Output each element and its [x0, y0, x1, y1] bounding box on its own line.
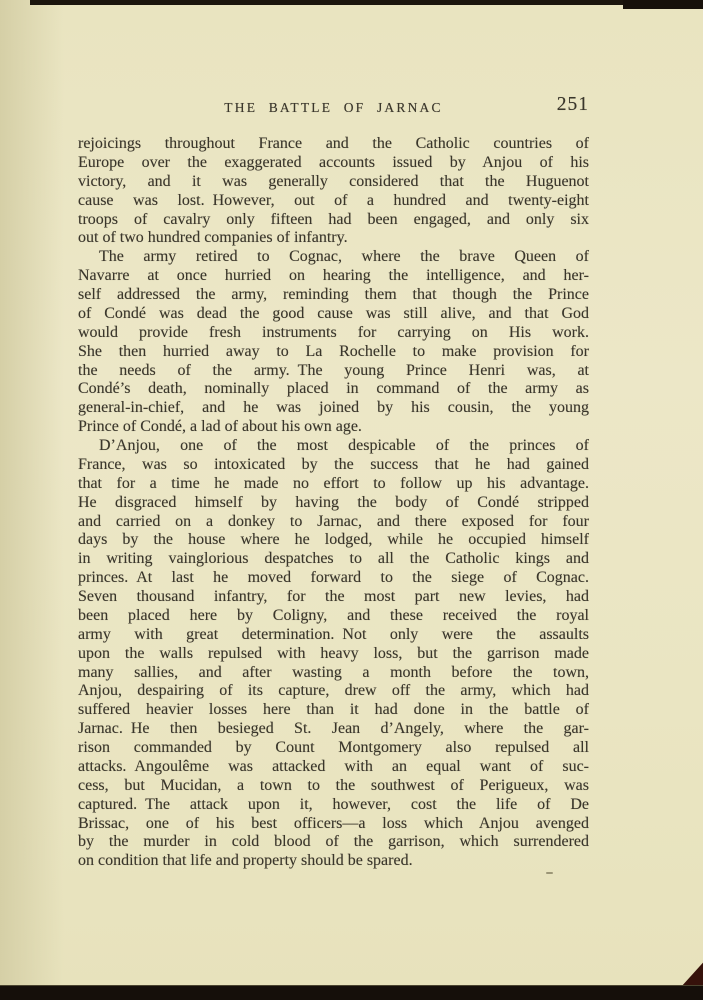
text-line: upon the walls repulsed with heavy loss,… — [78, 645, 589, 664]
text-line: the needs of the army. The young Prince … — [78, 362, 589, 381]
text-line: attacks. Angoulême was attacked with an … — [78, 758, 589, 777]
text-line: rison commanded by Count Montgomery also… — [78, 739, 589, 758]
text-line: France, was so intoxicated by the succes… — [78, 456, 589, 475]
text-line: Jarnac. He then besieged St. Jean d’Ange… — [78, 720, 589, 739]
text-line: general-in-chief, and he was joined by h… — [78, 399, 589, 418]
text-line: Europe over the exaggerated accounts iss… — [78, 154, 589, 173]
text-line: Prince of Condé, a lad of about his own … — [78, 418, 589, 437]
text-line: that for a time he made no effort to fol… — [78, 475, 589, 494]
page-number: 251 — [557, 94, 589, 116]
text-line: captured. The attack upon it, however, c… — [78, 796, 589, 815]
paragraph: D’Anjou, one of the most despicable of t… — [78, 437, 589, 871]
text-line: Navarre at once hurried on hearing the i… — [78, 267, 589, 286]
paragraph: rejoicings throughout France and the Cat… — [78, 135, 589, 248]
page-gutter-shadow — [0, 0, 64, 985]
text-line: many sallies, and after wasting a month … — [78, 664, 589, 683]
text-line: self addressed the army, reminding them … — [78, 286, 589, 305]
text-line: on condition that life and property shou… — [78, 852, 589, 871]
text-line: He disgraced himself by having the body … — [78, 494, 589, 513]
text-line: The army retired to Cognac, where the br… — [78, 248, 589, 267]
text-line: by the murder in cold blood of the garri… — [78, 833, 589, 852]
text-line: She then hurried away to La Rochelle to … — [78, 343, 589, 362]
running-title: THE BATTLE OF JARNAC — [78, 100, 589, 116]
text-line: Anjou, despairing of its capture, drew o… — [78, 682, 589, 701]
text-line: rejoicings throughout France and the Cat… — [78, 135, 589, 154]
scanned-book-page: THE BATTLE OF JARNAC 251 rejoicings thro… — [0, 0, 703, 1000]
text-line: victory, and it was generally considered… — [78, 173, 589, 192]
scan-bottom-border — [0, 985, 703, 1000]
text-line: suffered heavier losses here than it had… — [78, 701, 589, 720]
text-line: and carried on a donkey to Jarnac, and t… — [78, 513, 589, 532]
scan-top-border — [30, 0, 703, 5]
text-line: would provide fresh instruments for carr… — [78, 324, 589, 343]
text-line: Brissac, one of his best officers—a loss… — [78, 815, 589, 834]
text-line: cess, but Mucidan, a town to the southwe… — [78, 777, 589, 796]
text-line: army with great determination. Not only … — [78, 626, 589, 645]
text-line: troops of cavalry only fifteen had been … — [78, 211, 589, 230]
text-line: of Condé was dead the good cause was sti… — [78, 305, 589, 324]
text-line: been placed here by Coligny, and these r… — [78, 607, 589, 626]
running-head: THE BATTLE OF JARNAC 251 — [78, 97, 589, 119]
text-line: Condé’s death, nominally placed in comma… — [78, 380, 589, 399]
page-text: rejoicings throughout France and the Cat… — [78, 135, 589, 871]
book-page-edges — [676, 4, 703, 986]
text-line: D’Anjou, one of the most despicable of t… — [78, 437, 589, 456]
text-line: cause was lost. However, out of a hundre… — [78, 192, 589, 211]
text-line: in writing vainglorious despatches to al… — [78, 550, 589, 569]
text-line: princes. At last he moved forward to the… — [78, 569, 589, 588]
text-line: out of two hundred companies of infantry… — [78, 229, 589, 248]
scan-artifact — [546, 872, 553, 874]
text-line: Seven thousand infantry, for the most pa… — [78, 588, 589, 607]
paragraph: The army retired to Cognac, where the br… — [78, 248, 589, 437]
text-line: days by the house where he lodged, while… — [78, 531, 589, 550]
